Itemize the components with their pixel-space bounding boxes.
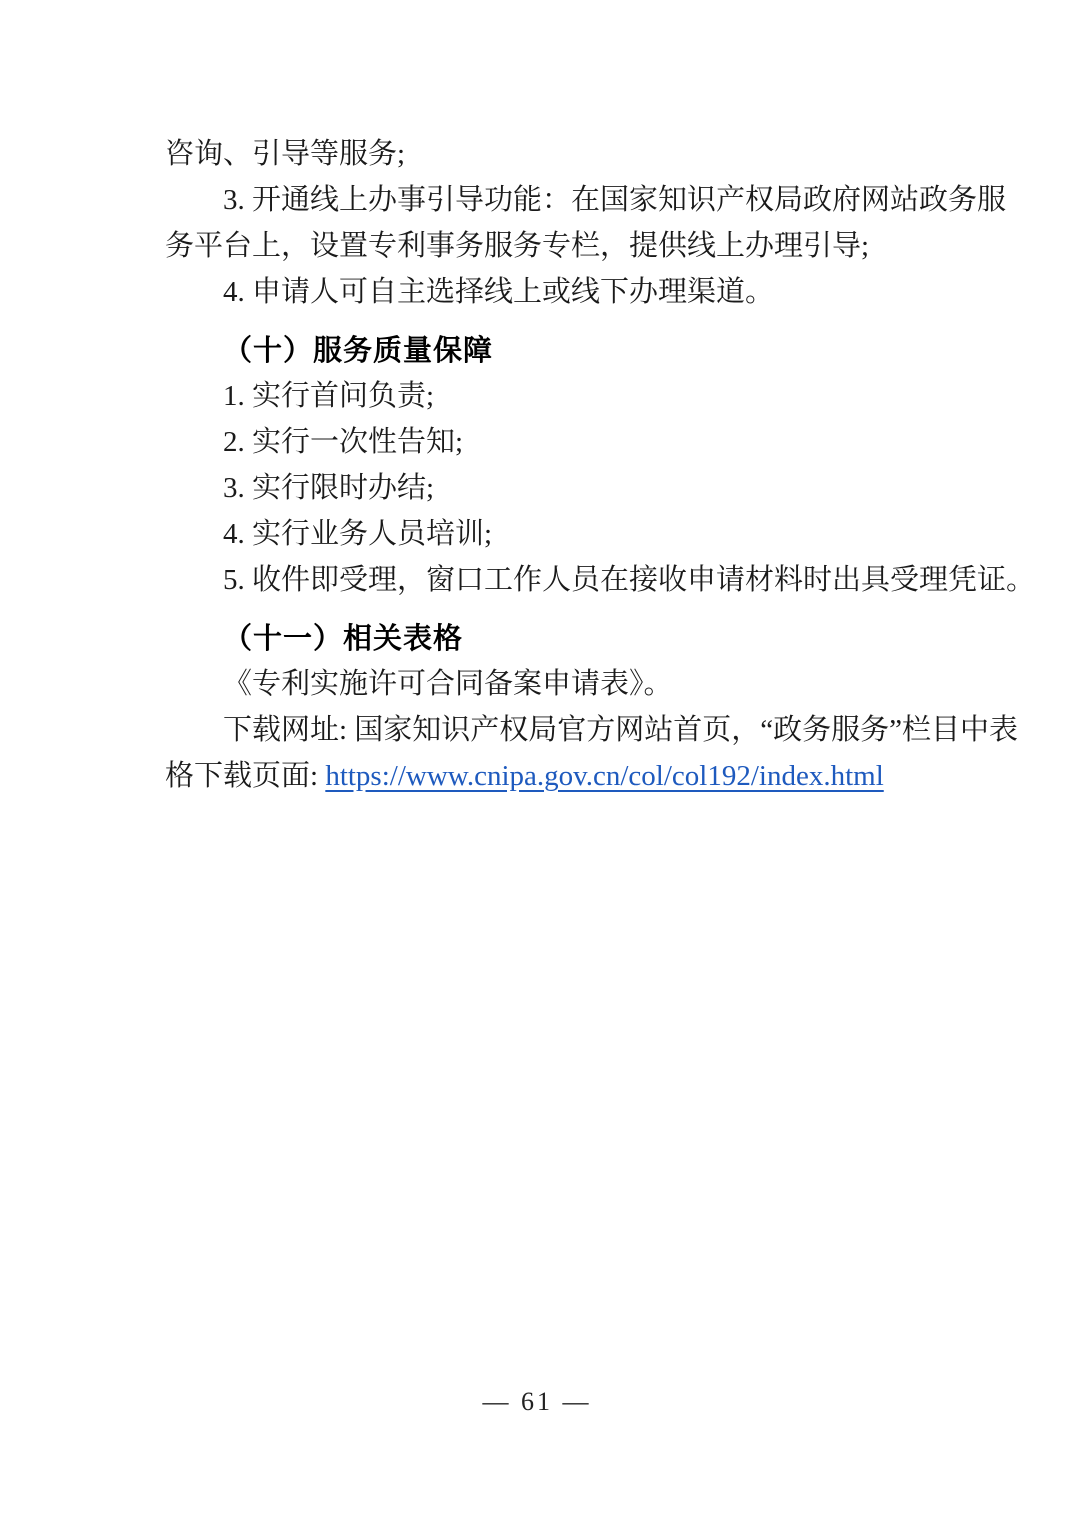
quality-item-1: 1. 实行首问负责; bbox=[165, 373, 914, 419]
form-name-line: 《专利实施许可合同备案申请表》。 bbox=[165, 661, 914, 707]
paragraph-item-4: 4. 申请人可自主选择线上或线下办理渠道。 bbox=[165, 269, 914, 315]
page-footer: — 61 — bbox=[0, 1386, 1074, 1418]
download-line-1: 下载网址: 国家知识产权局官方网站首页，“政务服务”栏目中表 bbox=[165, 707, 914, 753]
page-number: — 61 — bbox=[483, 1387, 592, 1416]
document-body: 咨询、引导等服务; 3. 开通线上办事引导功能：在国家知识产权局政府网站政务服 … bbox=[165, 131, 914, 799]
download-url-link[interactable]: https://www.cnipa.gov.cn/col/col192/inde… bbox=[325, 760, 883, 792]
quality-item-3: 3. 实行限时办结; bbox=[165, 465, 914, 511]
quality-item-5: 5. 收件即受理，窗口工作人员在接收申请材料时出具受理凭证。 bbox=[165, 557, 914, 603]
download-line-2-prefix: 格下载页面: bbox=[165, 760, 325, 792]
paragraph-item-3-line-1: 3. 开通线上办事引导功能：在国家知识产权局政府网站政务服 bbox=[165, 177, 914, 223]
quality-item-2: 2. 实行一次性告知; bbox=[165, 419, 914, 465]
document-page: 咨询、引导等服务; 3. 开通线上办事引导功能：在国家知识产权局政府网站政务服 … bbox=[0, 0, 1074, 1520]
paragraph-continuation: 咨询、引导等服务; bbox=[165, 131, 914, 177]
section-heading-ten: （十）服务质量保障 bbox=[165, 330, 914, 373]
download-line-2: 格下载页面: https://www.cnipa.gov.cn/col/col1… bbox=[165, 753, 914, 799]
paragraph-item-3-line-2: 务平台上，设置专利事务服务专栏，提供线上办理引导; bbox=[165, 223, 914, 269]
section-heading-eleven: （十一）相关表格 bbox=[165, 618, 914, 661]
quality-item-4: 4. 实行业务人员培训; bbox=[165, 511, 914, 557]
